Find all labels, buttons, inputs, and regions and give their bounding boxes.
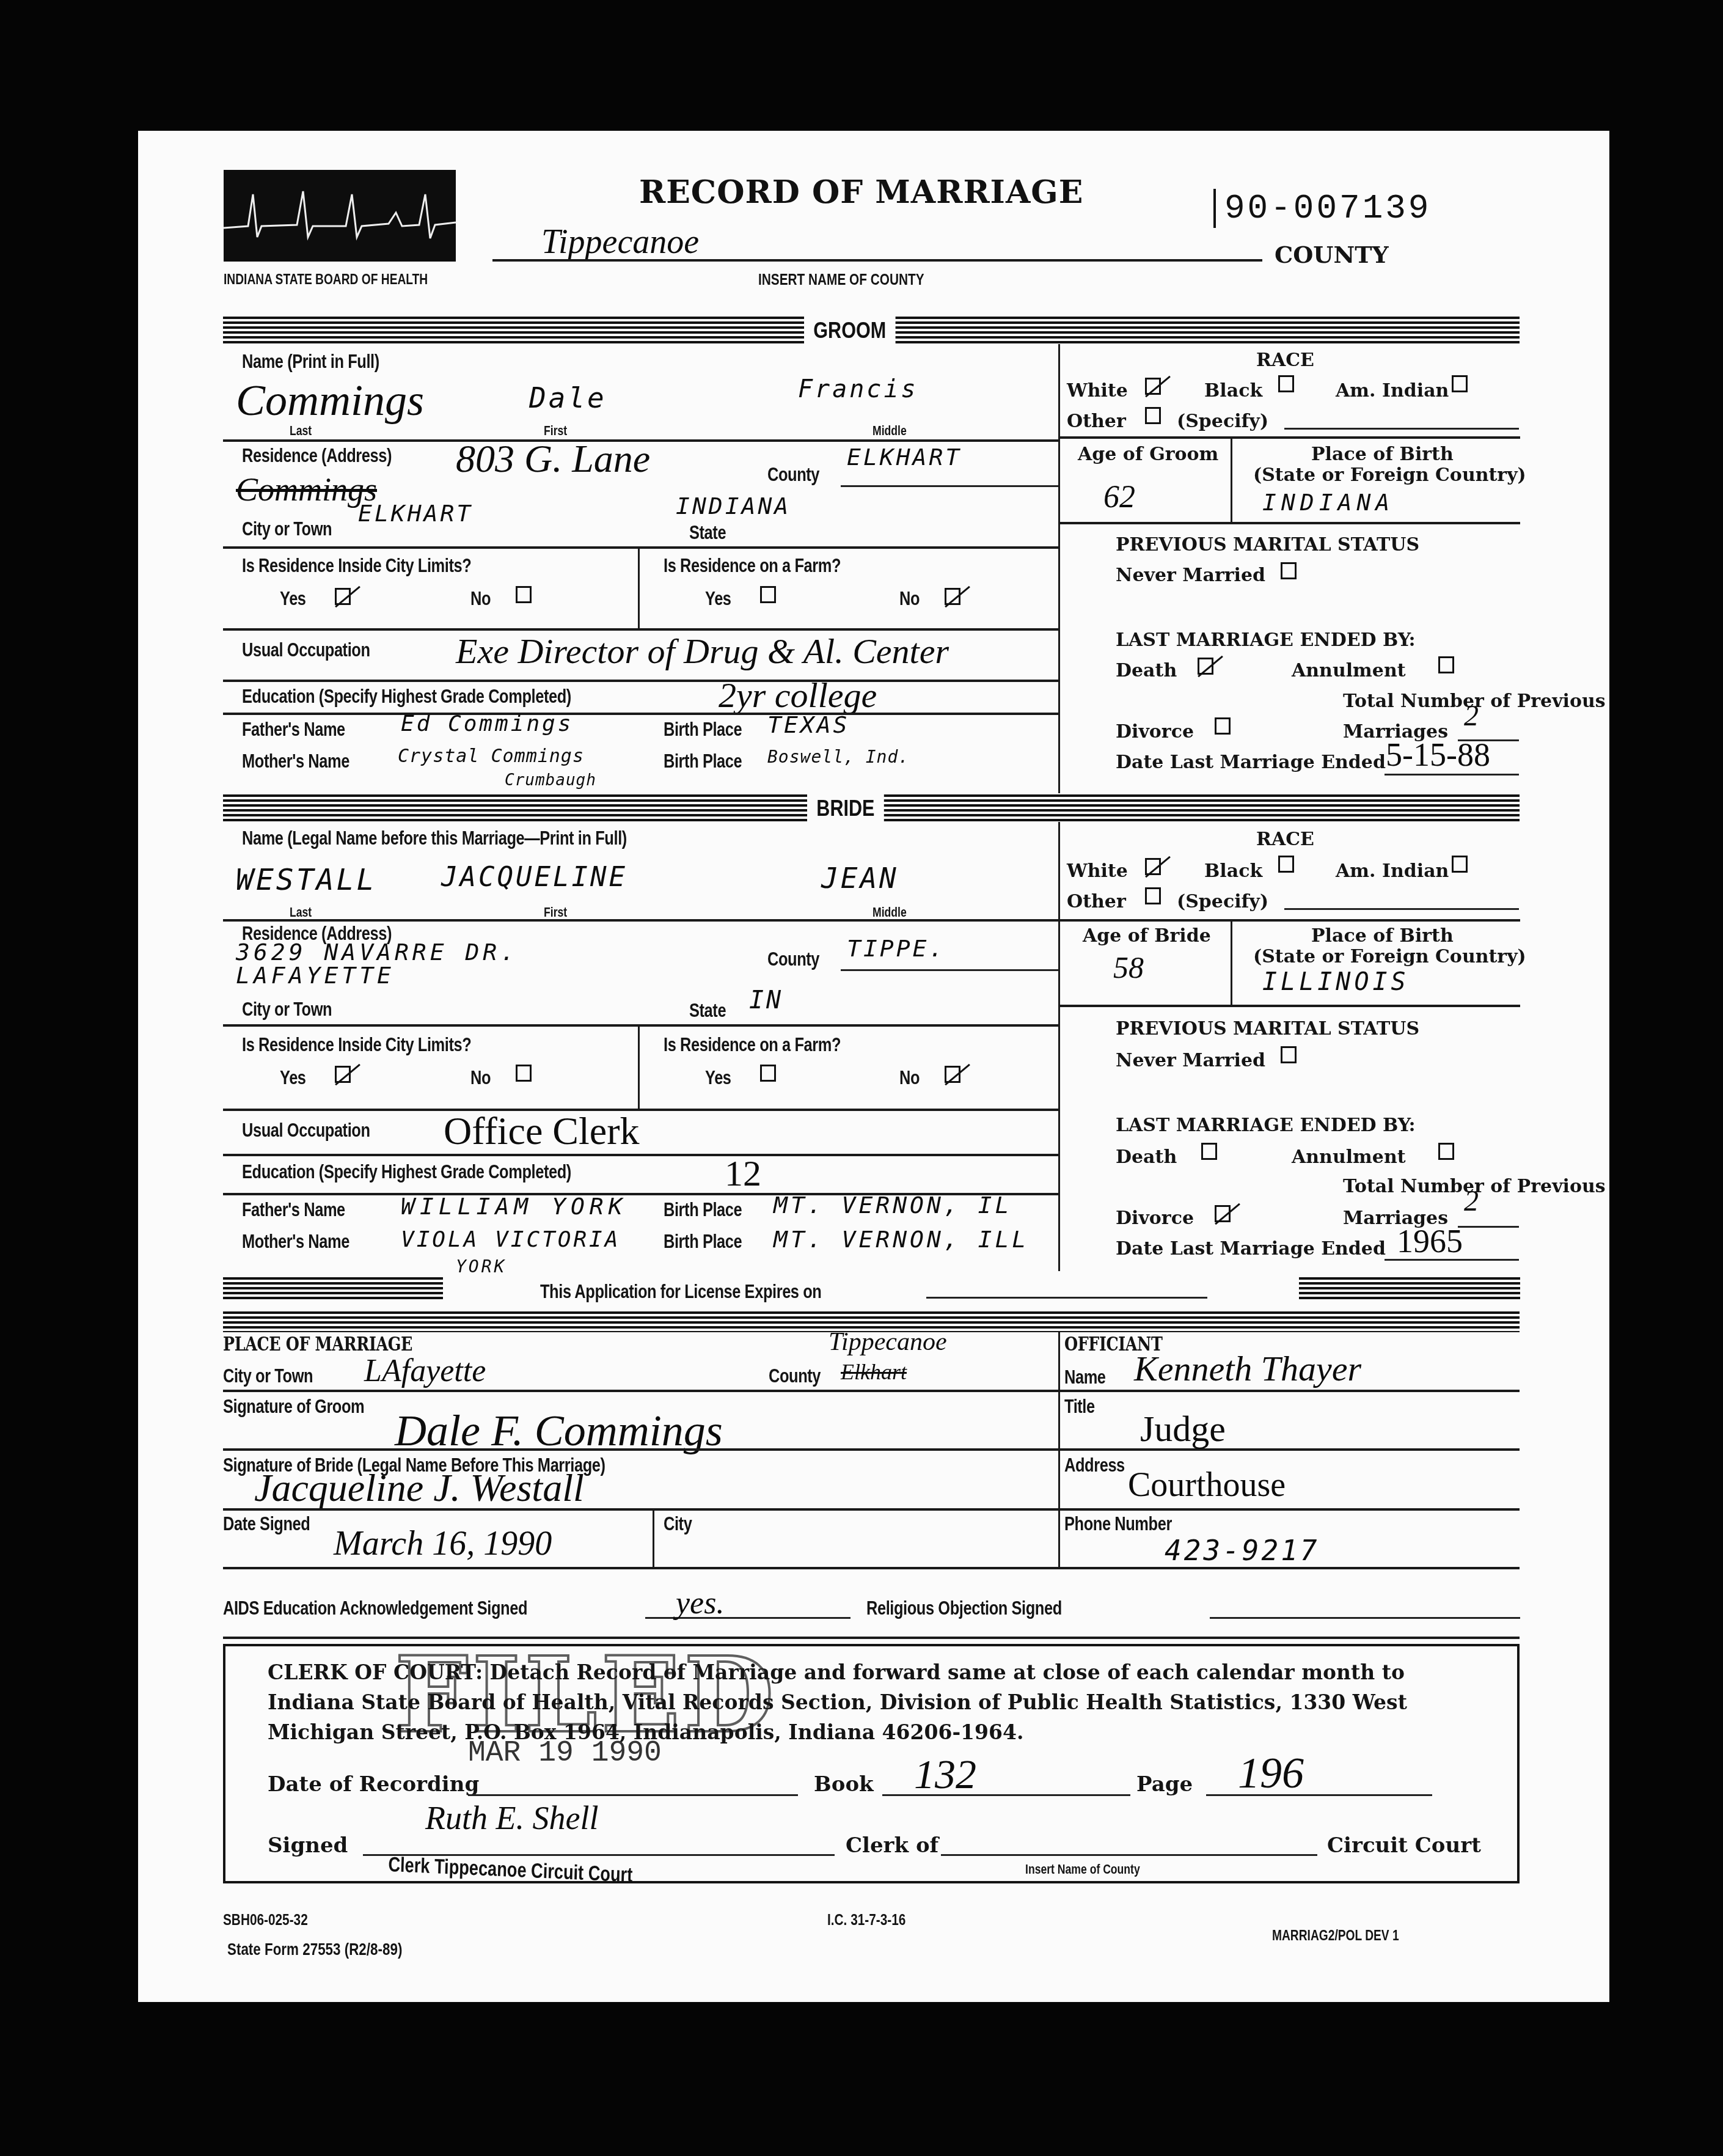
bride-never-married-label: Never Married [1116,1050,1265,1071]
underline [1385,774,1519,776]
bride-race-white-label: White [1067,860,1128,882]
bride-race-am-indian-checkbox[interactable] [1452,856,1468,873]
groom-mother-birth[interactable]: Boswell, Ind. [767,747,909,767]
bride-death-label: Death [1116,1146,1177,1168]
divider [1058,919,1520,922]
groom-date-last[interactable]: 5-15-88 [1386,736,1490,774]
groom-column-divider [1058,344,1060,793]
bride-last-name[interactable]: WESTALL [236,863,376,897]
groom-total-prev[interactable]: 2 [1464,699,1479,733]
groom-death-checkbox[interactable] [1198,658,1213,675]
officiant-name[interactable]: Kenneth Thayer [1134,1348,1361,1389]
isbh-logo [224,170,456,262]
divider [638,546,640,629]
groom-race-black-checkbox[interactable] [1278,375,1294,392]
bride-farm-label: Is Residence on a Farm? [664,1034,841,1056]
groom-race-specify-label: (Specify) [1177,411,1268,432]
groom-farm-no-label: No [899,588,920,610]
bride-mother-birth-label: Birth Place [664,1231,742,1253]
license-expires-label: This Application for License Expires on [540,1281,821,1303]
groom-annulment-checkbox[interactable] [1438,656,1454,673]
bride-mother-maiden[interactable]: YORK [456,1256,507,1277]
bride-signature[interactable]: Jacqueline J. Westall [254,1465,584,1511]
clerk-county-hint: Insert Name of County [1025,1861,1140,1877]
groom-death-label: Death [1116,660,1177,681]
bride-race-black-checkbox[interactable] [1278,856,1294,873]
bride-farm-yes-label: Yes [705,1067,731,1089]
groom-mother[interactable]: Crystal Commings [398,746,584,767]
groom-father-birth[interactable]: TEXAS [767,711,849,738]
groom-race-white-checkbox[interactable] [1145,378,1161,395]
bride-middle-label: Middle [872,904,907,920]
bride-father-label: Father's Name [242,1199,345,1221]
bride-name-label: Name (Legal Name before this Marriage—Pr… [242,827,627,849]
clerk-of-label: Clerk of [846,1833,938,1858]
bride-total-prev[interactable]: 2 [1464,1184,1479,1218]
bride-education[interactable]: 12 [725,1153,761,1195]
bride-state-label: State [689,1000,726,1022]
bride-farm-yes-checkbox[interactable] [760,1065,776,1082]
bride-city-limits-no-checkbox[interactable] [516,1065,532,1082]
clerk-instructions: CLERK OF COURT: Detach Record of Marriag… [268,1657,1490,1747]
record-number: 90-007139 [1213,189,1431,228]
religious-objection-line[interactable] [1210,1617,1520,1619]
expires-bar-right [1299,1277,1520,1302]
groom-last-name[interactable]: Commings [236,375,424,426]
county-value: Tippecanoe [541,222,699,262]
divider [1058,1005,1520,1007]
groom-state[interactable]: INDIANA [676,493,791,519]
officiant-title-label: Title [1064,1396,1095,1418]
groom-race-am-indian-label: Am. Indian [1336,380,1449,402]
bride-age[interactable]: 58 [1113,950,1144,985]
groom-farm-label: Is Residence on a Farm? [664,555,841,577]
bride-annulment-label: Annulment [1292,1146,1406,1168]
bride-never-married-checkbox[interactable] [1281,1046,1297,1063]
form-title: RECORD OF MARRIAGE [639,174,1083,211]
groom-city[interactable]: ELKHART [358,500,473,527]
bride-death-checkbox[interactable] [1201,1143,1217,1160]
groom-county[interactable]: ELKHART [847,444,962,471]
bride-mother[interactable]: VIOLA VICTORIA [401,1227,620,1252]
county-underline [841,485,1058,487]
record-number-value: 90-007139 [1224,189,1431,228]
bride-race-black-label: Black [1204,860,1262,882]
groom-father-label: Father's Name [242,719,345,741]
officiant-address-label: Address [1064,1454,1125,1476]
bride-last-label: Last [290,904,312,920]
groom-annulment-label: Annulment [1292,660,1406,681]
bride-birthplace-sub: (State or Foreign Country) [1253,946,1526,967]
officiant-address[interactable]: Courthouse [1128,1465,1286,1505]
signed-city-label: City [664,1513,692,1535]
bride-father[interactable]: WILLIAM YORK [401,1193,627,1220]
date-stamp: MAR 19 1990 [468,1737,662,1770]
bride-county-label: County [767,948,819,970]
groom-farm-yes-label: Yes [705,588,731,610]
groom-race-black-label: Black [1204,380,1262,402]
bride-mother-birth[interactable]: MT. VERNON, ILL [774,1226,1029,1253]
bride-state[interactable]: IN [749,986,783,1014]
date-signed-label: Date Signed [223,1513,310,1535]
groom-last-ended-label: LAST MARRIAGE ENDED BY: [1116,629,1416,651]
divider [223,1508,1520,1511]
expires-bar-left [223,1277,443,1302]
bride-age-label: Age of Bride [1083,925,1211,947]
divider [223,680,1059,682]
groom-race-white-label: White [1067,380,1128,402]
bride-father-birth[interactable]: MT. VERNON, IL [774,1192,1012,1219]
place-city[interactable]: LAfayette [364,1353,486,1389]
bride-last-ended-label: LAST MARRIAGE ENDED BY: [1116,1115,1416,1136]
groom-middle-label: Middle [872,423,907,439]
divider [1231,919,1232,1005]
groom-education-label: Education (Specify Highest Grade Complet… [242,686,571,708]
groom-city-limits-yes-checkbox[interactable] [335,588,351,605]
groom-date-last-label: Date Last Marriage Ended [1116,752,1386,773]
bride-column-divider [1058,822,1060,1271]
divider [1058,522,1520,524]
place-county[interactable]: Tippecanoe [829,1327,947,1357]
bride-race-am-indian-label: Am. Indian [1336,860,1449,882]
groom-state-label: State [689,522,726,544]
bride-residence-line2[interactable]: LAFAYETTE [236,962,395,989]
bride-farm-no-label: No [899,1067,920,1089]
divider [1231,436,1232,522]
date-recording-line[interactable] [468,1794,798,1796]
book-label: Book [814,1772,874,1797]
bride-section-label: BRIDE [807,794,884,822]
date-signed[interactable]: March 16, 1990 [334,1524,552,1563]
place-section-label: PLACE OF MARRIAGE [223,1333,412,1355]
groom-section-label: GROOM [804,317,896,344]
officiant-phone-label: Phone Number [1064,1513,1172,1535]
divider [223,1154,1059,1156]
bride-race-white-checkbox[interactable] [1145,858,1161,875]
divider [223,1390,1520,1392]
bride-birthplace[interactable]: ILLINOIS [1262,968,1410,996]
county-label: COUNTY [1275,241,1389,268]
bride-city-label: City or Town [242,999,332,1021]
divider [223,919,1059,922]
statute-code: I.C. 31-7-3-16 [827,1910,905,1929]
groom-father[interactable]: Ed Commings [401,711,573,736]
groom-race-label: RACE [1256,350,1314,371]
bride-county[interactable]: TIPPE. [847,935,945,962]
groom-mother-label: Mother's Name [242,750,349,772]
groom-occupation[interactable]: Exe Director of Drug & Al. Center [456,631,949,672]
groom-city-label: City or Town [242,518,332,540]
groom-city-limits-no-label: No [470,588,491,610]
groom-divorce-checkbox[interactable] [1215,717,1231,735]
underline [1385,1259,1519,1261]
groom-residence-struck: Commings [236,471,377,508]
groom-middle-name[interactable]: Francis [798,375,918,403]
groom-occupation-label: Usual Occupation [242,639,370,661]
bride-date-last-label: Date Last Marriage Ended [1116,1238,1386,1259]
divider [223,1448,1520,1451]
divider [653,1508,654,1569]
bride-annulment-checkbox[interactable] [1438,1143,1454,1160]
logo-caption: INDIANA STATE BOARD OF HEALTH [224,271,428,288]
groom-race-am-indian-checkbox[interactable] [1452,375,1468,392]
signed-label: Signed [268,1833,348,1858]
state-form-number: State Form 27553 (R2/8-89) [227,1940,402,1959]
groom-city-limits-no-checkbox[interactable] [516,586,532,603]
circuit-court-label: Circuit Court [1327,1833,1481,1858]
dev-code: MARRIAG2/POL DEV 1 [1272,1927,1399,1945]
groom-residence-label: Residence (Address) [242,445,392,467]
bride-city-limits-yes-label: Yes [280,1067,306,1089]
officiant-name-label: Name [1064,1366,1106,1388]
bride-race-other-label: Other [1067,891,1126,912]
groom-divorce-label: Divorce [1116,721,1194,743]
underline [1458,1226,1519,1228]
divider [223,1567,1520,1569]
bride-date-last[interactable]: 1965 [1397,1222,1463,1260]
groom-first-name[interactable]: Dale [529,381,607,414]
bride-first-name[interactable]: JACQUELINE [441,862,627,893]
bride-prev-status-label: PREVIOUS MARITAL STATUS [1116,1018,1419,1039]
bride-city-limits-label: Is Residence Inside City Limits? [242,1034,471,1056]
bride-race-other-checkbox[interactable] [1145,887,1161,904]
groom-name-label: Name (Print in Full) [242,351,379,373]
divider [1058,436,1520,439]
groom-city-limits-label: Is Residence Inside City Limits? [242,555,471,577]
place-city-label: City or Town [223,1365,313,1387]
groom-birthplace-sub: (State or Foreign Country) [1253,464,1526,486]
divider [223,713,1059,715]
groom-farm-no-checkbox[interactable] [945,588,960,605]
groom-mother-maiden[interactable]: Crumbaugh [505,771,596,790]
divider [638,1024,640,1110]
county-line [492,259,1262,262]
groom-last-label: Last [290,423,312,439]
place-county-label: County [769,1365,821,1387]
groom-race-other-checkbox[interactable] [1145,407,1161,424]
county-hint: INSERT NAME OF COUNTY [758,270,924,289]
groom-mother-birth-label: Birth Place [664,750,742,772]
bride-divorce-label: Divorce [1116,1208,1194,1229]
marriage-record-page: INDIANA STATE BOARD OF HEALTH RECORD OF … [138,131,1609,2002]
groom-city-limits-yes-label: Yes [280,588,306,610]
bride-birthplace-label: Place of Birth [1311,925,1454,947]
divider [223,1024,1059,1027]
groom-never-married-checkbox[interactable] [1281,562,1297,579]
bride-middle-name[interactable]: JEAN [821,862,899,895]
groom-prev-status-label: PREVIOUS MARITAL STATUS [1116,534,1419,555]
heartbeat-icon [224,170,456,262]
date-recording-label: Date of Recording [268,1772,479,1797]
groom-education[interactable]: 2yr college [719,675,877,716]
bride-mother-label: Mother's Name [242,1231,349,1253]
groom-father-birth-label: Birth Place [664,719,742,741]
aids-ack-label: AIDS Education Acknowledgement Signed [223,1597,527,1619]
bride-occupation-label: Usual Occupation [242,1120,370,1142]
clerk-of-county-line[interactable] [941,1854,1317,1856]
license-expires-line[interactable] [926,1297,1207,1299]
groom-signature-label: Signature of Groom [223,1396,364,1418]
officiant-phone[interactable]: 423-9217 [1165,1534,1320,1567]
race-specify-line [1284,908,1519,910]
bride-father-birth-label: Birth Place [664,1199,742,1221]
groom-county-label: County [767,464,819,486]
groom-age[interactable]: 62 [1103,479,1135,515]
divider [223,546,1059,549]
officiant-title[interactable]: Judge [1140,1408,1226,1450]
clerk-signature[interactable]: Ruth E. Shell [425,1799,598,1837]
groom-race-other-label: Other [1067,411,1126,432]
race-specify-line [1284,428,1519,430]
bride-education-label: Education (Specify Highest Grade Complet… [242,1161,571,1183]
county-underline [841,969,1058,971]
bride-divorce-checkbox[interactable] [1215,1205,1231,1222]
page-value[interactable]: 196 [1238,1748,1304,1799]
page-label: Page [1136,1772,1193,1797]
bride-farm-no-checkbox[interactable] [945,1066,960,1083]
bride-race-specify-label: (Specify) [1177,891,1268,912]
groom-birthplace-label: Place of Birth [1311,444,1454,465]
book-value[interactable]: 132 [914,1750,976,1799]
groom-farm-yes-checkbox[interactable] [760,586,776,603]
groom-age-label: Age of Groom [1078,444,1218,465]
bride-city-limits-yes-checkbox[interactable] [335,1066,351,1083]
bride-city-limits-no-label: No [470,1067,491,1089]
divider [223,1109,1059,1111]
groom-residence[interactable]: 803 G. Lane [456,436,650,482]
bride-occupation[interactable]: Office Clerk [444,1109,639,1154]
place-county-struck: Elkhart [841,1359,907,1385]
form-code: SBH06-025-32 [223,1910,308,1929]
groom-birthplace[interactable]: INDIANA [1262,489,1394,516]
aids-ack-value[interactable]: yes. [676,1585,724,1621]
religious-objection-label: Religious Objection Signed [866,1597,1062,1619]
bride-race-label: RACE [1256,829,1314,850]
bride-first-label: First [544,904,567,920]
groom-never-married-label: Never Married [1116,565,1265,586]
